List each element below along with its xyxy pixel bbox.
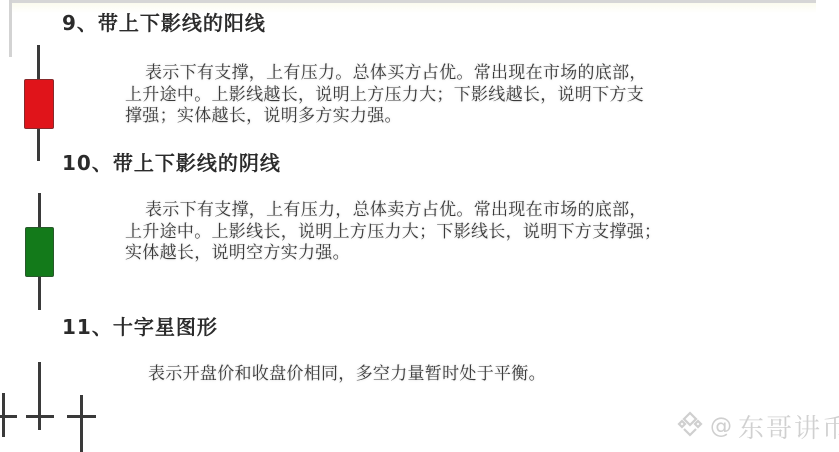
candle-body-green: [25, 227, 54, 277]
text-line: 上升途中。上影线长，说明上方压力大；下影线长，说明下方支撑强；: [125, 222, 825, 244]
section-title-9: 9、带上下影线的阳线: [62, 10, 266, 36]
watermark-at: @: [710, 414, 732, 439]
watermark: @ 东哥讲币: [676, 410, 839, 442]
text-line: 表示下有支撑，上有压力。总体买方占优。常出现在市场的底部，: [125, 63, 825, 85]
section-11-description: 表示开盘价和收盘价相同，多空力量暂时处于平衡。: [128, 364, 828, 386]
text-line: 表示开盘价和收盘价相同，多空力量暂时处于平衡。: [128, 364, 828, 386]
candle-body-red: [24, 79, 54, 129]
watermark-author: 东哥讲币: [738, 408, 839, 445]
doji-bar: [0, 415, 17, 418]
left-rule: [9, 0, 12, 57]
text-line: 表示下有支撑，上有压力，总体卖方占优。常出现在市场的底部，: [125, 200, 825, 222]
text-line: 撑强；实体越长，说明多方实力强。: [125, 106, 825, 128]
doji-bar: [26, 415, 54, 418]
section-9-description: 表示下有支撑，上有压力。总体买方占优。常出现在市场的底部， 上升途中。上影线越长…: [125, 63, 825, 128]
binance-diamond-icon: [676, 410, 704, 442]
doji-wick: [38, 362, 41, 430]
section-10-description: 表示下有支撑，上有压力，总体卖方占优。常出现在市场的底部， 上升途中。上影线长，…: [125, 200, 825, 265]
section-title-11: 11、十字星图形: [62, 314, 218, 340]
doji-bar: [67, 415, 96, 418]
section-title-10: 10、带上下影线的阴线: [62, 150, 281, 176]
text-line: 实体越长，说明空方实力强。: [125, 243, 825, 265]
text-line: 上升途中。上影线越长，说明上方压力大；下影线越长，说明下方支: [125, 85, 825, 107]
doji-wick: [80, 395, 83, 452]
